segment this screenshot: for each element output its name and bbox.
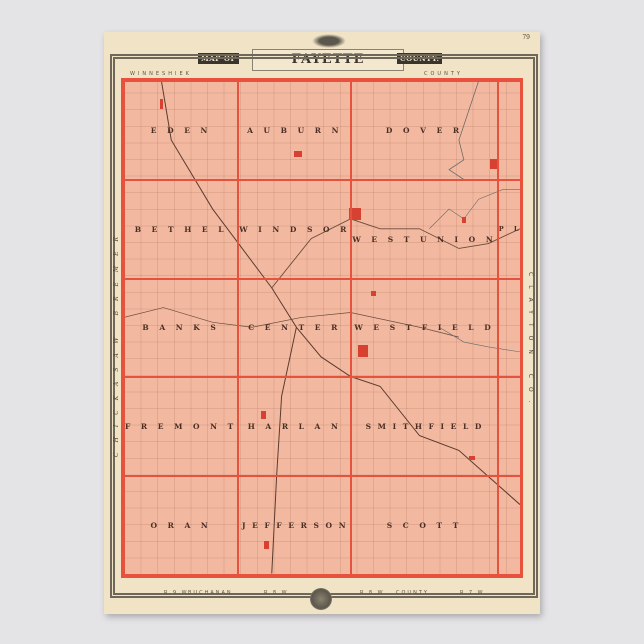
township-center: C E N T E R	[238, 279, 351, 378]
township-west-union: W E S T U N I O N	[351, 180, 497, 279]
south-county-label: BUCHANAN	[188, 590, 233, 596]
north-label-left: WINNESHIEK	[130, 71, 192, 77]
north-label-right: COUNTY	[424, 71, 463, 77]
south-range-label: R.8.W	[360, 590, 385, 596]
township-harlan: H A R L A N	[238, 377, 351, 476]
township-clermont: C L E R M O N T	[498, 81, 523, 180]
township-putnam: P U T N A M	[498, 476, 523, 575]
south-range-label: R.8.W	[264, 590, 289, 596]
township-jefferson: J E F F E R S O N	[238, 476, 351, 575]
township-banks: B A N K S	[124, 279, 238, 378]
county-map: E D E N A U B U R N D O V E R C L E R M …	[121, 78, 523, 578]
township-smithfield: S M I T H F I E L D	[351, 377, 497, 476]
map-poster: MAP OF FAYETTE COUNTY. 79 WINNESHIEK COU…	[104, 32, 540, 614]
west-border-label: CHICKASAW BREMER	[113, 122, 121, 562]
township-oran: O R A N	[124, 476, 238, 575]
township-fremont: F R E M O N T	[124, 377, 238, 476]
page-number: 79	[522, 34, 530, 41]
township-fairfield: F A I R F I E L D	[498, 377, 523, 476]
eagle-emblem-icon	[312, 34, 346, 48]
township-westfield: W E S T F I E L D	[351, 279, 497, 378]
south-range-label: R.9.W	[164, 590, 189, 596]
south-county-label: COUNTY.	[396, 590, 432, 596]
east-border-label: CLAYTON CO.	[526, 122, 534, 562]
township-windsor: W I N D S O R	[238, 180, 351, 279]
township-auburn: A U B U R N	[238, 81, 351, 180]
township-scott: S C O T T	[351, 476, 497, 575]
township-eden: E D E N	[124, 81, 238, 180]
township-grid: E D E N A U B U R N D O V E R C L E R M …	[124, 81, 520, 575]
south-range-label: R.7.W	[460, 590, 485, 596]
township-illyria: I L L Y R I A	[498, 279, 523, 378]
township-bethel: B E T H E L	[124, 180, 238, 279]
township-dover: D O V E R	[351, 81, 497, 180]
seal-medallion-icon	[310, 588, 332, 610]
township-pleasant-valley: P L E A S A N T / V A L L E Y	[498, 180, 523, 279]
